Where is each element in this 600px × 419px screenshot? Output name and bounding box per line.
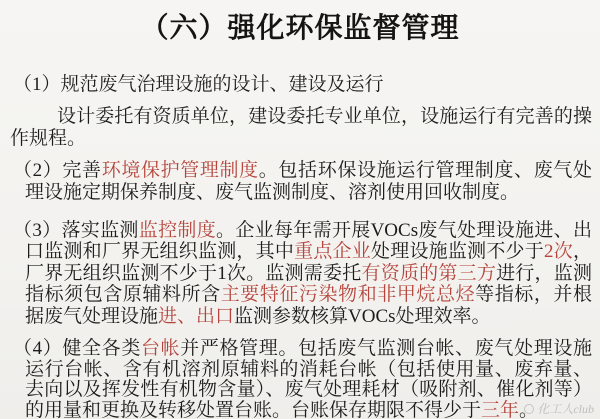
text-run: 监测参数核算VOCs处理效率。: [234, 306, 491, 327]
text-run: （2）完善: [13, 160, 102, 181]
text-run-red: 台帐: [141, 338, 180, 359]
item-1-paragraph: 设计委托有资质单位，建设委托专业单位，设施运行有完善的操作规程。: [0, 106, 592, 150]
item-1-heading: （1）规范废气治理设施的设计、建设及运行: [0, 74, 592, 96]
page-title: （六）强化环保监督管理: [8, 12, 592, 46]
watermark-text: 化工人club: [537, 400, 594, 417]
text-run: 设计委托有资质单位，建设委托专业单位，设施运行有完善的操作规程。: [10, 106, 592, 149]
text-run-red: 有资质的第三方: [362, 263, 497, 284]
text-run-red: 进、出口: [158, 306, 234, 327]
text-run: （1）规范废气治理设施的设计、建设及运行: [13, 74, 384, 95]
text-run-red: 环境保护管理制度: [102, 160, 259, 181]
text-run: （4）健全各类: [13, 338, 141, 359]
text-run-red: 三年: [481, 400, 519, 419]
watermark-circle-logo-icon: [524, 404, 534, 414]
text-run-red: 主要特征污染物和非甲烷总烃: [221, 284, 475, 305]
item-2-paragraph: （2）完善环境保护管理制度。包括环保设施运行管理制度、废气处理设施定期保养制度、…: [0, 160, 592, 204]
text-run-red: 监控制度: [139, 220, 216, 241]
item-4-paragraph: （4）健全各类台帐并严格管理。包括废气监测台帐、废气处理设施运行台帐、含有机溶剂…: [0, 339, 592, 419]
item-3-paragraph: （3）落实监测监控制度。企业每年需开展VOCs废气处理设施进、出口监测和厂界无组…: [0, 220, 592, 328]
text-run: 处理设施监测不少于: [371, 241, 544, 262]
text-run-red: 重点企业: [294, 241, 371, 262]
text-run-red: 2次: [544, 241, 573, 262]
text-run: （3）落实监测: [13, 220, 139, 241]
document-page: （六）强化环保监督管理 （1）规范废气治理设施的设计、建设及运行 设计委托有资质…: [0, 0, 600, 419]
watermark: 化工人club: [524, 400, 594, 417]
